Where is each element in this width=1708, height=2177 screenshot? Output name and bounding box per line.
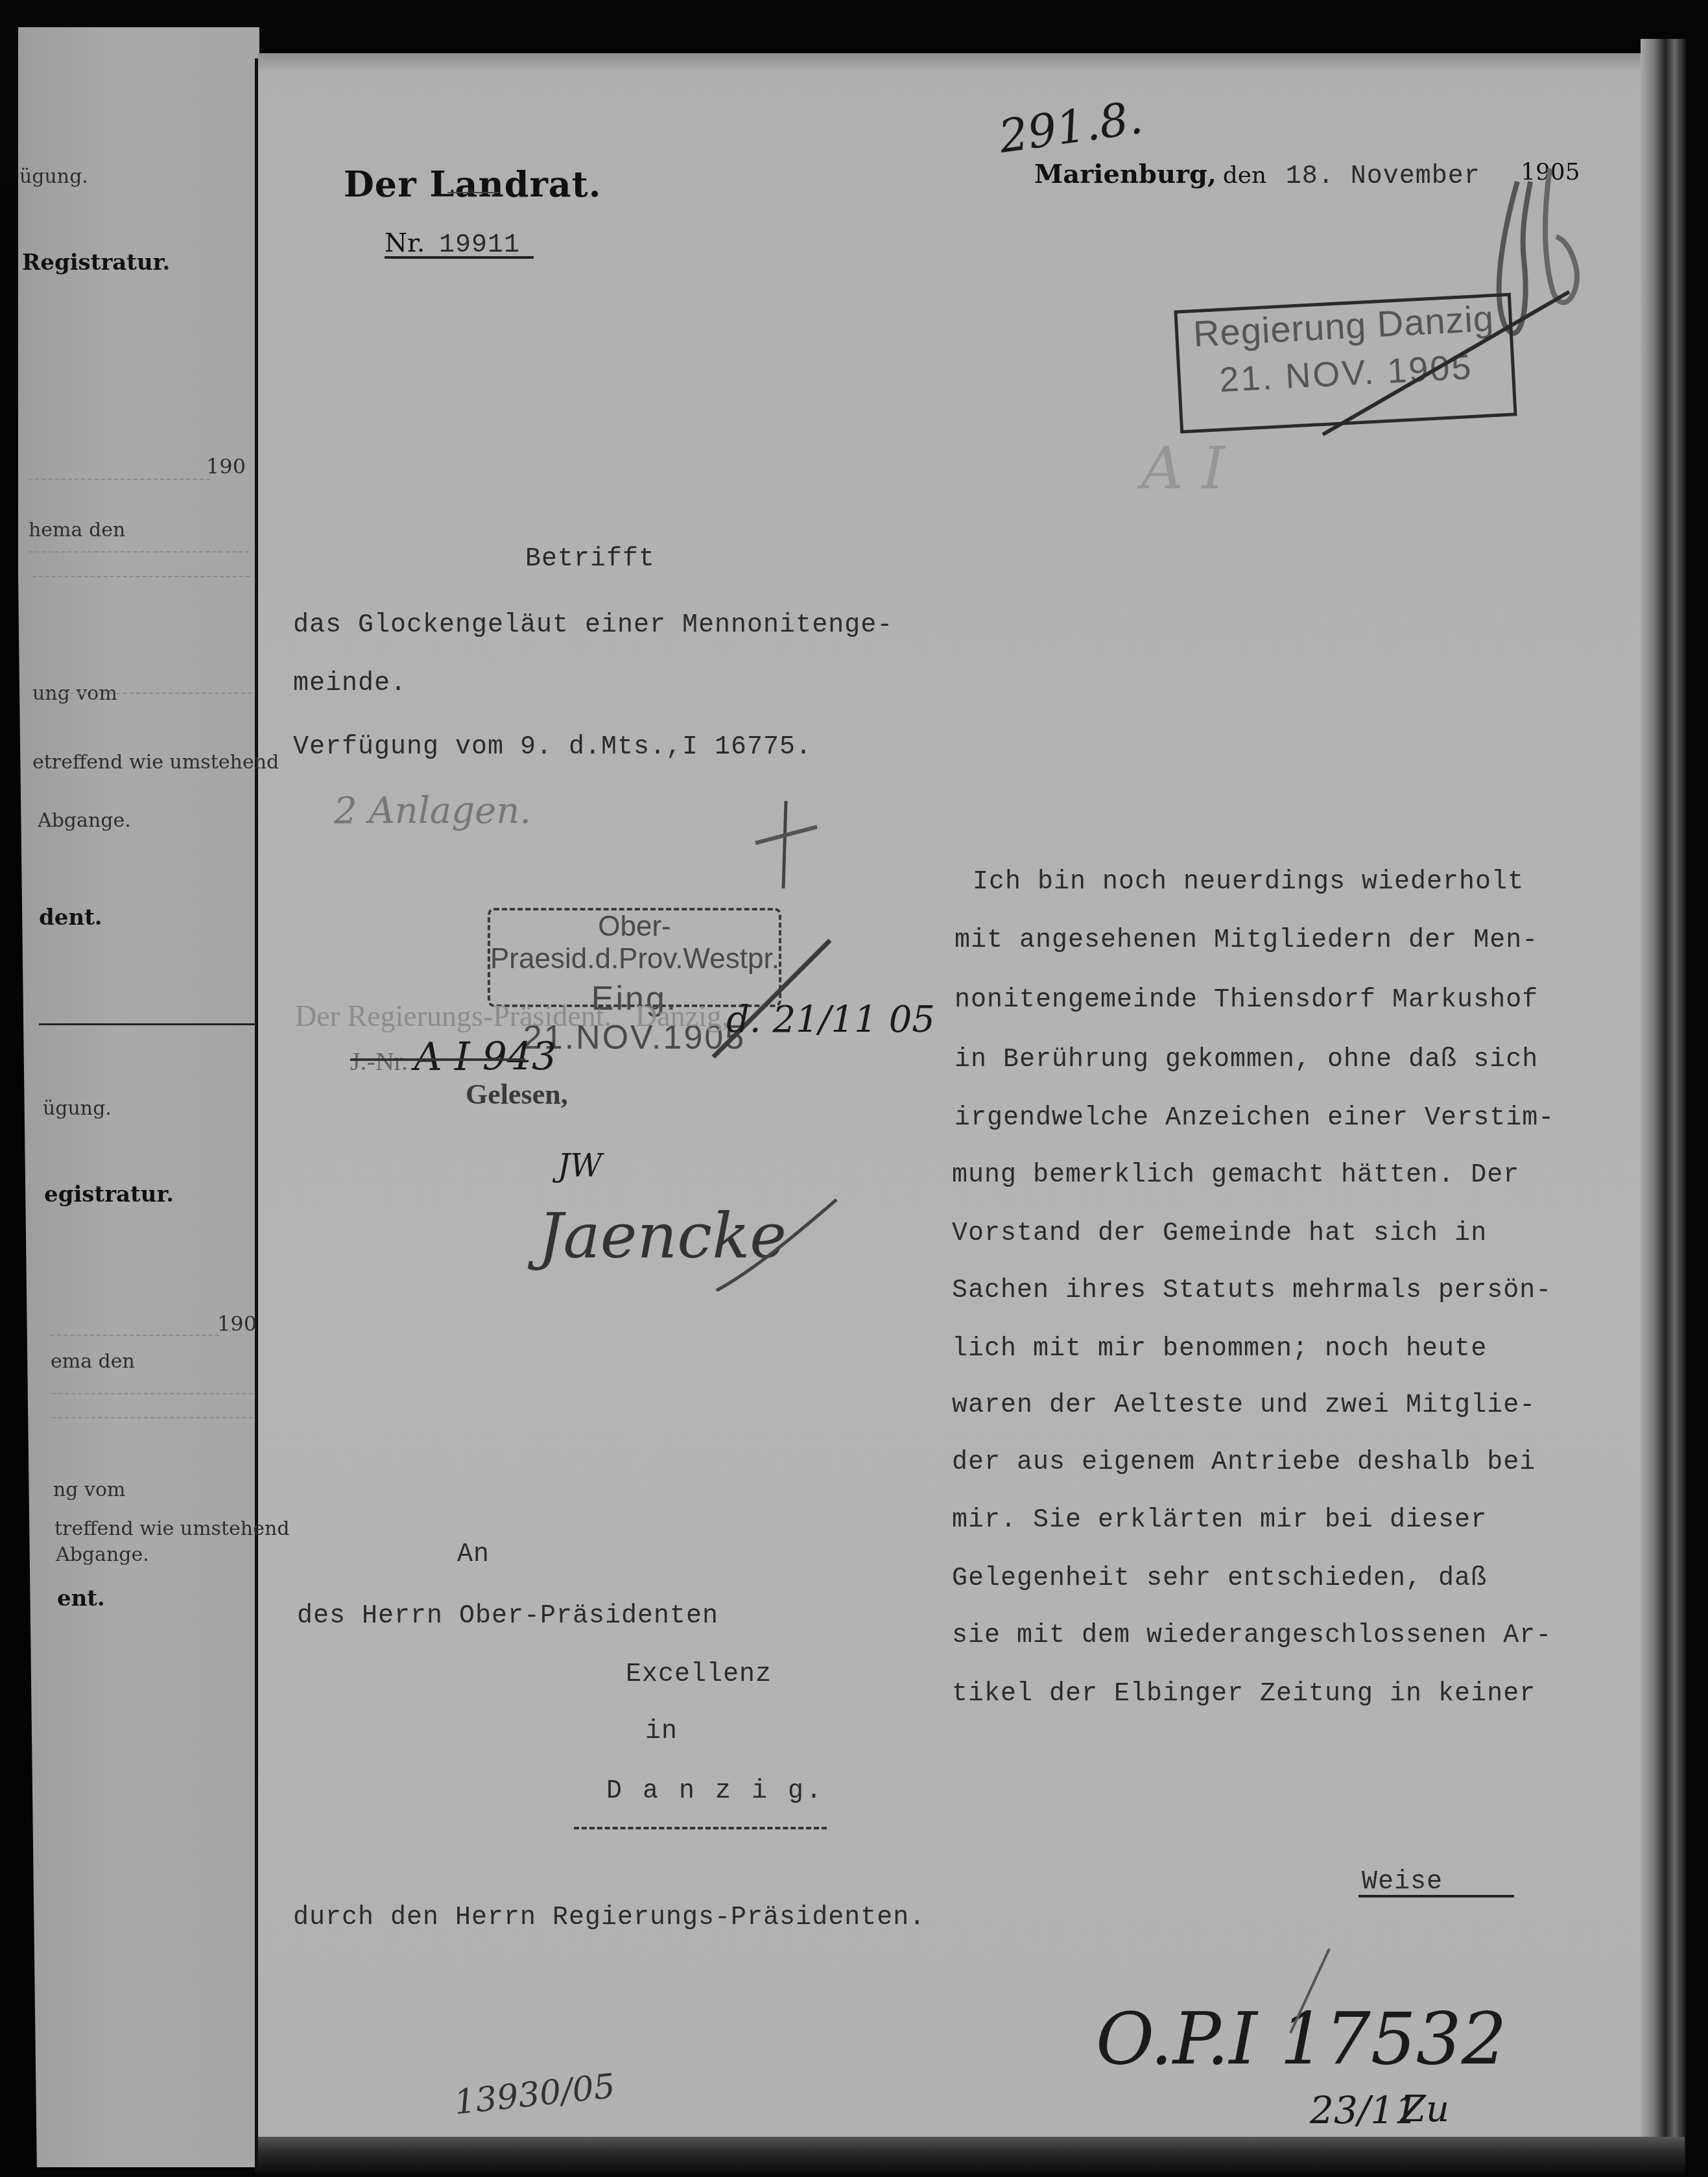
gelesen-stamp: Gelesen, xyxy=(466,1078,568,1111)
address-via: durch den Herrn Regierungs-Präsidenten. xyxy=(293,1903,925,1933)
form-dotted-line xyxy=(51,1335,219,1336)
nr-underline xyxy=(385,256,534,259)
address-an: An xyxy=(457,1540,490,1569)
body-line: Ich bin noch neuerdings wiederholt xyxy=(973,868,1524,897)
body-line: mung bemerklich gemacht hätten. Der xyxy=(952,1161,1519,1190)
address-dashed-rule xyxy=(574,1827,827,1829)
form-year: 190 xyxy=(206,454,246,479)
reference-number: Nr. 19911 xyxy=(385,228,520,260)
cross-mark xyxy=(746,798,824,895)
subject-heading: Betrifft xyxy=(525,545,655,574)
address-line-2: Excellenz xyxy=(626,1660,772,1689)
catchword: Weise xyxy=(1362,1868,1443,1897)
registry-handwritten-date: d. 21/11 05 xyxy=(726,999,935,1041)
form-dotted-line xyxy=(52,1393,253,1394)
form-label: Abgange. xyxy=(38,809,131,832)
form-heading: dent. xyxy=(39,905,102,931)
catchword-underline xyxy=(1358,1895,1514,1897)
body-line: Gelegenheit sehr entschieden, daß xyxy=(952,1564,1487,1593)
form-dotted-line xyxy=(52,1417,253,1418)
dateline-date: 18. November xyxy=(1286,162,1480,191)
jnr-underline xyxy=(350,1058,525,1061)
letterhead-ornament xyxy=(447,192,499,193)
nr-label: Nr. xyxy=(385,228,425,258)
page-edge-right xyxy=(1641,39,1686,2166)
body-line: in Berührung gekommen, ohne daß sich xyxy=(955,1045,1538,1075)
subject-line-2: meinde. xyxy=(293,669,407,698)
handwritten-initials-bottom: Zu xyxy=(1401,2088,1449,2130)
strike-line xyxy=(1316,285,1576,441)
form-heading: Registratur. xyxy=(22,250,170,276)
body-line: Sachen ihres Statuts mehrmals persön- xyxy=(952,1276,1552,1305)
form-section-rule xyxy=(39,1023,256,1025)
form-dotted-line xyxy=(32,576,250,577)
form-label: ügung. xyxy=(43,1097,112,1120)
body-line: sie mit dem wiederangeschlossenen Ar- xyxy=(952,1621,1552,1650)
form-label: hema den xyxy=(29,519,125,541)
body-line: der aus eigenem Antriebe deshalb bei xyxy=(952,1448,1536,1477)
body-line: irgendwelche Anzeichen einer Verstim- xyxy=(955,1104,1554,1133)
pencil-note-attachments: 2 Anlagen. xyxy=(334,790,531,832)
registry-label: Der Regierungs-Präsident. xyxy=(295,999,611,1033)
form-label: ng vom xyxy=(53,1479,126,1501)
form-dotted-line xyxy=(38,693,252,694)
form-label: treffend wie umstehend xyxy=(54,1517,289,1540)
body-line: Vorstand der Gemeinde hat sich in xyxy=(952,1219,1487,1248)
form-heading: ent. xyxy=(57,1586,105,1612)
archive-strike xyxy=(1284,1945,1336,2036)
body-line: mir. Sie erklärten mir bei dieser xyxy=(952,1506,1487,1535)
body-line: waren der Aelteste und zwei Mitglie- xyxy=(952,1391,1536,1420)
subject-reference: Verfügung vom 9. d.Mts.,I 16775. xyxy=(293,733,812,762)
handwritten-initials: JW xyxy=(558,1148,602,1184)
address-city: D a n z i g. xyxy=(606,1777,824,1806)
binding-edge xyxy=(255,58,258,2172)
body-line: nonitengemeinde Thiensdorf Markushof xyxy=(955,986,1538,1015)
page-edge-bottom xyxy=(258,2137,1685,2177)
address-line-1: des Herrn Ober-Präsidenten xyxy=(297,1602,718,1631)
form-label: etreffend wie umstehend xyxy=(32,751,279,774)
dateline-place: Marienburg, xyxy=(1034,159,1216,189)
subject-line-1: das Glockengeläut einer Mennonitenge- xyxy=(293,611,893,640)
form-dotted-line xyxy=(29,551,249,553)
body-line: tikel der Elbinger Zeitung in keiner xyxy=(952,1680,1536,1709)
dateline: Marienburg, den 18. November xyxy=(1034,159,1480,191)
body-line: lich mit mir benommen; noch heute xyxy=(952,1335,1487,1364)
dateline-den: den xyxy=(1223,162,1267,189)
jnr-label: J.-Nr. xyxy=(350,1047,408,1076)
journal-number: J.-Nr. A I 943 xyxy=(350,1034,556,1080)
pencil-mark: A I xyxy=(1141,434,1225,503)
form-year: 190 xyxy=(217,1311,257,1336)
jnr-value: A I 943 xyxy=(414,1034,557,1080)
form-dotted-line xyxy=(29,479,210,480)
form-label: Abgange. xyxy=(56,1543,149,1566)
registry-place: Danzig, xyxy=(635,999,729,1033)
form-heading: egistratur. xyxy=(44,1182,174,1207)
signature-flourish xyxy=(713,1193,843,1297)
address-line-3: in xyxy=(645,1717,678,1746)
form-label: ügung. xyxy=(19,165,88,188)
form-label: ema den xyxy=(51,1350,135,1373)
body-line: mit angesehenen Mitgliedern der Men- xyxy=(955,926,1538,955)
